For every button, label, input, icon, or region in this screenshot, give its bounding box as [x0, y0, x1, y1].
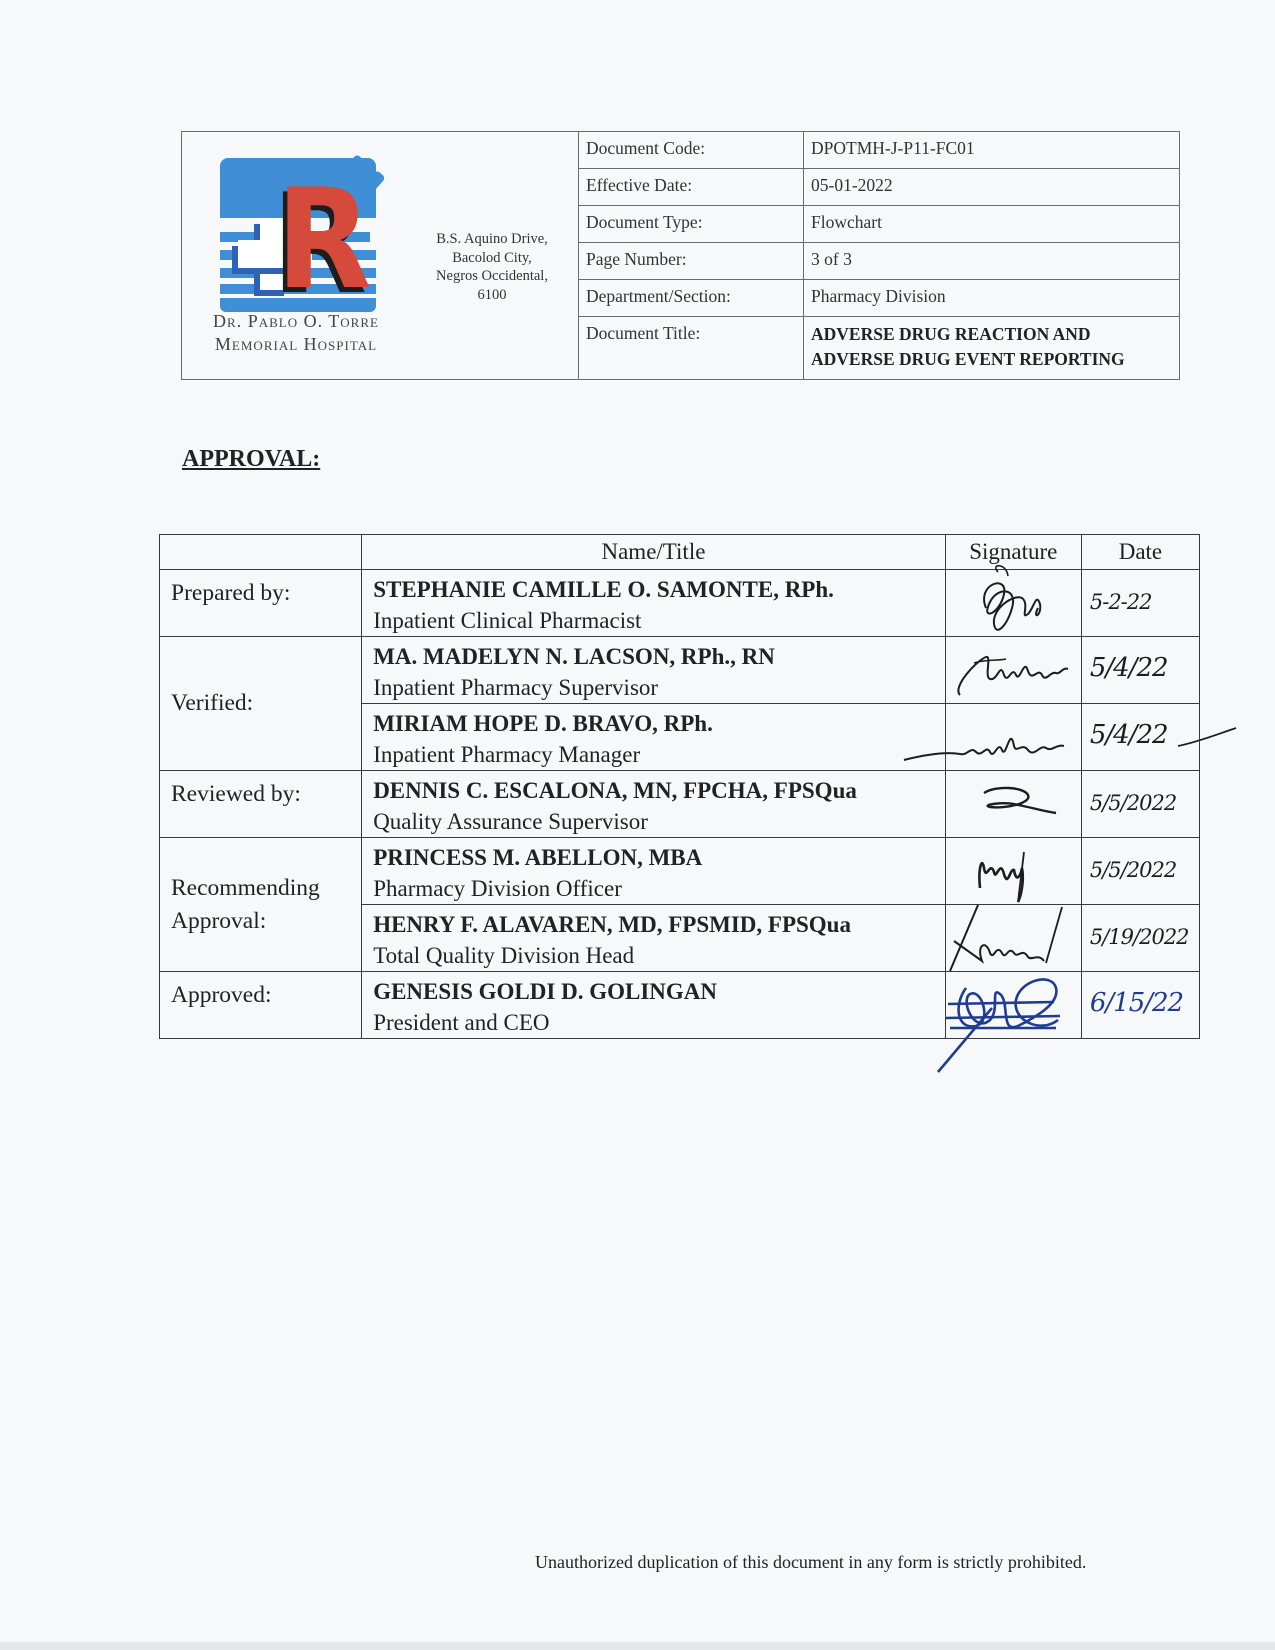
signer-title: Total Quality Division Head [373, 940, 945, 971]
approval-heading: APPROVAL: [182, 446, 320, 473]
signature-cell [945, 704, 1081, 771]
signer-name: DENNIS C. ESCALONA, MN, FPCHA, FPSQua [373, 775, 945, 806]
approval-table: Name/Title Signature Date Prepared by: S… [159, 534, 1200, 1039]
date-cell: 5/4/22 [1081, 637, 1199, 704]
document-title: ADVERSE DRUG REACTION AND ADVERSE DRUG E… [804, 317, 1179, 379]
signature-cell [945, 905, 1081, 972]
signer-cell: STEPHANIE CAMILLE O. SAMONTE, RPh. Inpat… [362, 570, 946, 637]
signed-date: 6/15/22 [1090, 988, 1183, 1018]
signer-title: Inpatient Pharmacy Supervisor [373, 672, 945, 703]
date-cell: 6/15/22 [1081, 972, 1199, 1039]
meta-row-document-code: Document Code: DPOTMH-J-P11-FC01 [579, 132, 1179, 169]
date-cell: 5/4/22 [1081, 704, 1199, 771]
signer-cell: PRINCESS M. ABELLON, MBA Pharmacy Divisi… [362, 838, 946, 905]
hospital-logo-icon: R [220, 158, 376, 312]
table-row: Reviewed by: DENNIS C. ESCALONA, MN, FPC… [160, 771, 1200, 838]
document-header: R Dr. Pablo O. Torre Memorial Hospital B… [181, 131, 1180, 380]
meta-row-effective-date: Effective Date: 05-01-2022 [579, 169, 1179, 206]
handwritten-signature-icon [930, 964, 1080, 1074]
date-flourish-icon [1178, 724, 1238, 754]
signer-title: Quality Assurance Supervisor [373, 806, 945, 837]
signer-title: Inpatient Clinical Pharmacist [373, 605, 945, 636]
signer-cell: GENESIS GOLDI D. GOLINGAN President and … [362, 972, 946, 1039]
hospital-name: Dr. Pablo O. Torre Memorial Hospital [182, 310, 410, 356]
signed-date: 5/4/22 [1090, 653, 1168, 683]
handwritten-signature-icon [946, 564, 1082, 644]
role-prepared-by: Prepared by: [160, 570, 362, 637]
document-type: Flowchart [804, 206, 1179, 242]
signed-date: 5/4/22 [1090, 720, 1168, 750]
duplication-notice: Unauthorized duplication of this documen… [535, 1552, 1086, 1573]
date-cell: 5/5/2022 [1081, 771, 1199, 838]
table-row: Verified: MA. MADELYN N. LACSON, RPh., R… [160, 637, 1200, 704]
meta-row-page-number: Page Number: 3 of 3 [579, 243, 1179, 280]
meta-row-document-type: Document Type: Flowchart [579, 206, 1179, 243]
date-cell: 5/5/2022 [1081, 838, 1199, 905]
signer-cell: MIRIAM HOPE D. BRAVO, RPh. Inpatient Pha… [362, 704, 946, 771]
signer-title: President and CEO [373, 1007, 945, 1038]
meta-row-document-title: Document Title: ADVERSE DRUG REACTION AN… [579, 317, 1179, 379]
signer-name: PRINCESS M. ABELLON, MBA [373, 842, 945, 873]
handwritten-signature-icon [946, 895, 1082, 975]
role-reviewed-by: Reviewed by: [160, 771, 362, 838]
date-cell: 5-2-22 [1081, 570, 1199, 637]
signer-cell: MA. MADELYN N. LACSON, RPh., RN Inpatien… [362, 637, 946, 704]
hospital-address: B.S. Aquino Drive, Bacolod City, Negros … [414, 230, 570, 304]
scan-edge [0, 1642, 1275, 1650]
signer-name: HENRY F. ALAVAREN, MD, FPSMID, FPSQua [373, 909, 945, 940]
handwritten-signature-icon [946, 771, 1082, 835]
signer-name: GENESIS GOLDI D. GOLINGAN [373, 976, 945, 1007]
signed-date: 5/19/2022 [1090, 925, 1189, 949]
handwritten-signature-icon [946, 637, 1082, 707]
signature-cell [945, 771, 1081, 838]
meta-row-department: Department/Section: Pharmacy Division [579, 280, 1179, 317]
effective-date: 05-01-2022 [804, 169, 1179, 205]
table-row: Approved: GENESIS GOLDI D. GOLINGAN Pres… [160, 972, 1200, 1039]
signature-cell [945, 570, 1081, 637]
hospital-identity: R Dr. Pablo O. Torre Memorial Hospital B… [182, 132, 579, 379]
table-row: Prepared by: STEPHANIE CAMILLE O. SAMONT… [160, 570, 1200, 637]
signed-date: 5/5/2022 [1090, 858, 1176, 882]
column-header-role [160, 535, 362, 570]
signer-title: Pharmacy Division Officer [373, 873, 945, 904]
role-approved: Approved: [160, 972, 362, 1039]
handwritten-signature-icon [898, 704, 1078, 774]
signature-cell [945, 972, 1081, 1039]
role-recommending-approval: Recommending Approval: [160, 838, 362, 972]
signature-cell [945, 637, 1081, 704]
column-header-name-title: Name/Title [362, 535, 946, 570]
document-code: DPOTMH-J-P11-FC01 [804, 132, 1179, 168]
signer-name: MIRIAM HOPE D. BRAVO, RPh. [373, 708, 945, 739]
date-cell: 5/19/2022 [1081, 905, 1199, 972]
signed-date: 5-2-22 [1090, 590, 1152, 614]
signer-cell: DENNIS C. ESCALONA, MN, FPCHA, FPSQua Qu… [362, 771, 946, 838]
signed-date: 5/5/2022 [1090, 791, 1176, 815]
document-metadata: Document Code: DPOTMH-J-P11-FC01 Effecti… [579, 132, 1179, 379]
page-number: 3 of 3 [804, 243, 1179, 279]
signer-cell: HENRY F. ALAVAREN, MD, FPSMID, FPSQua To… [362, 905, 946, 972]
signer-title: Inpatient Pharmacy Manager [373, 739, 945, 770]
role-verified: Verified: [160, 637, 362, 771]
department-section: Pharmacy Division [804, 280, 1179, 316]
signer-name: STEPHANIE CAMILLE O. SAMONTE, RPh. [373, 574, 945, 605]
column-header-date: Date [1081, 535, 1199, 570]
signer-name: MA. MADELYN N. LACSON, RPh., RN [373, 641, 945, 672]
